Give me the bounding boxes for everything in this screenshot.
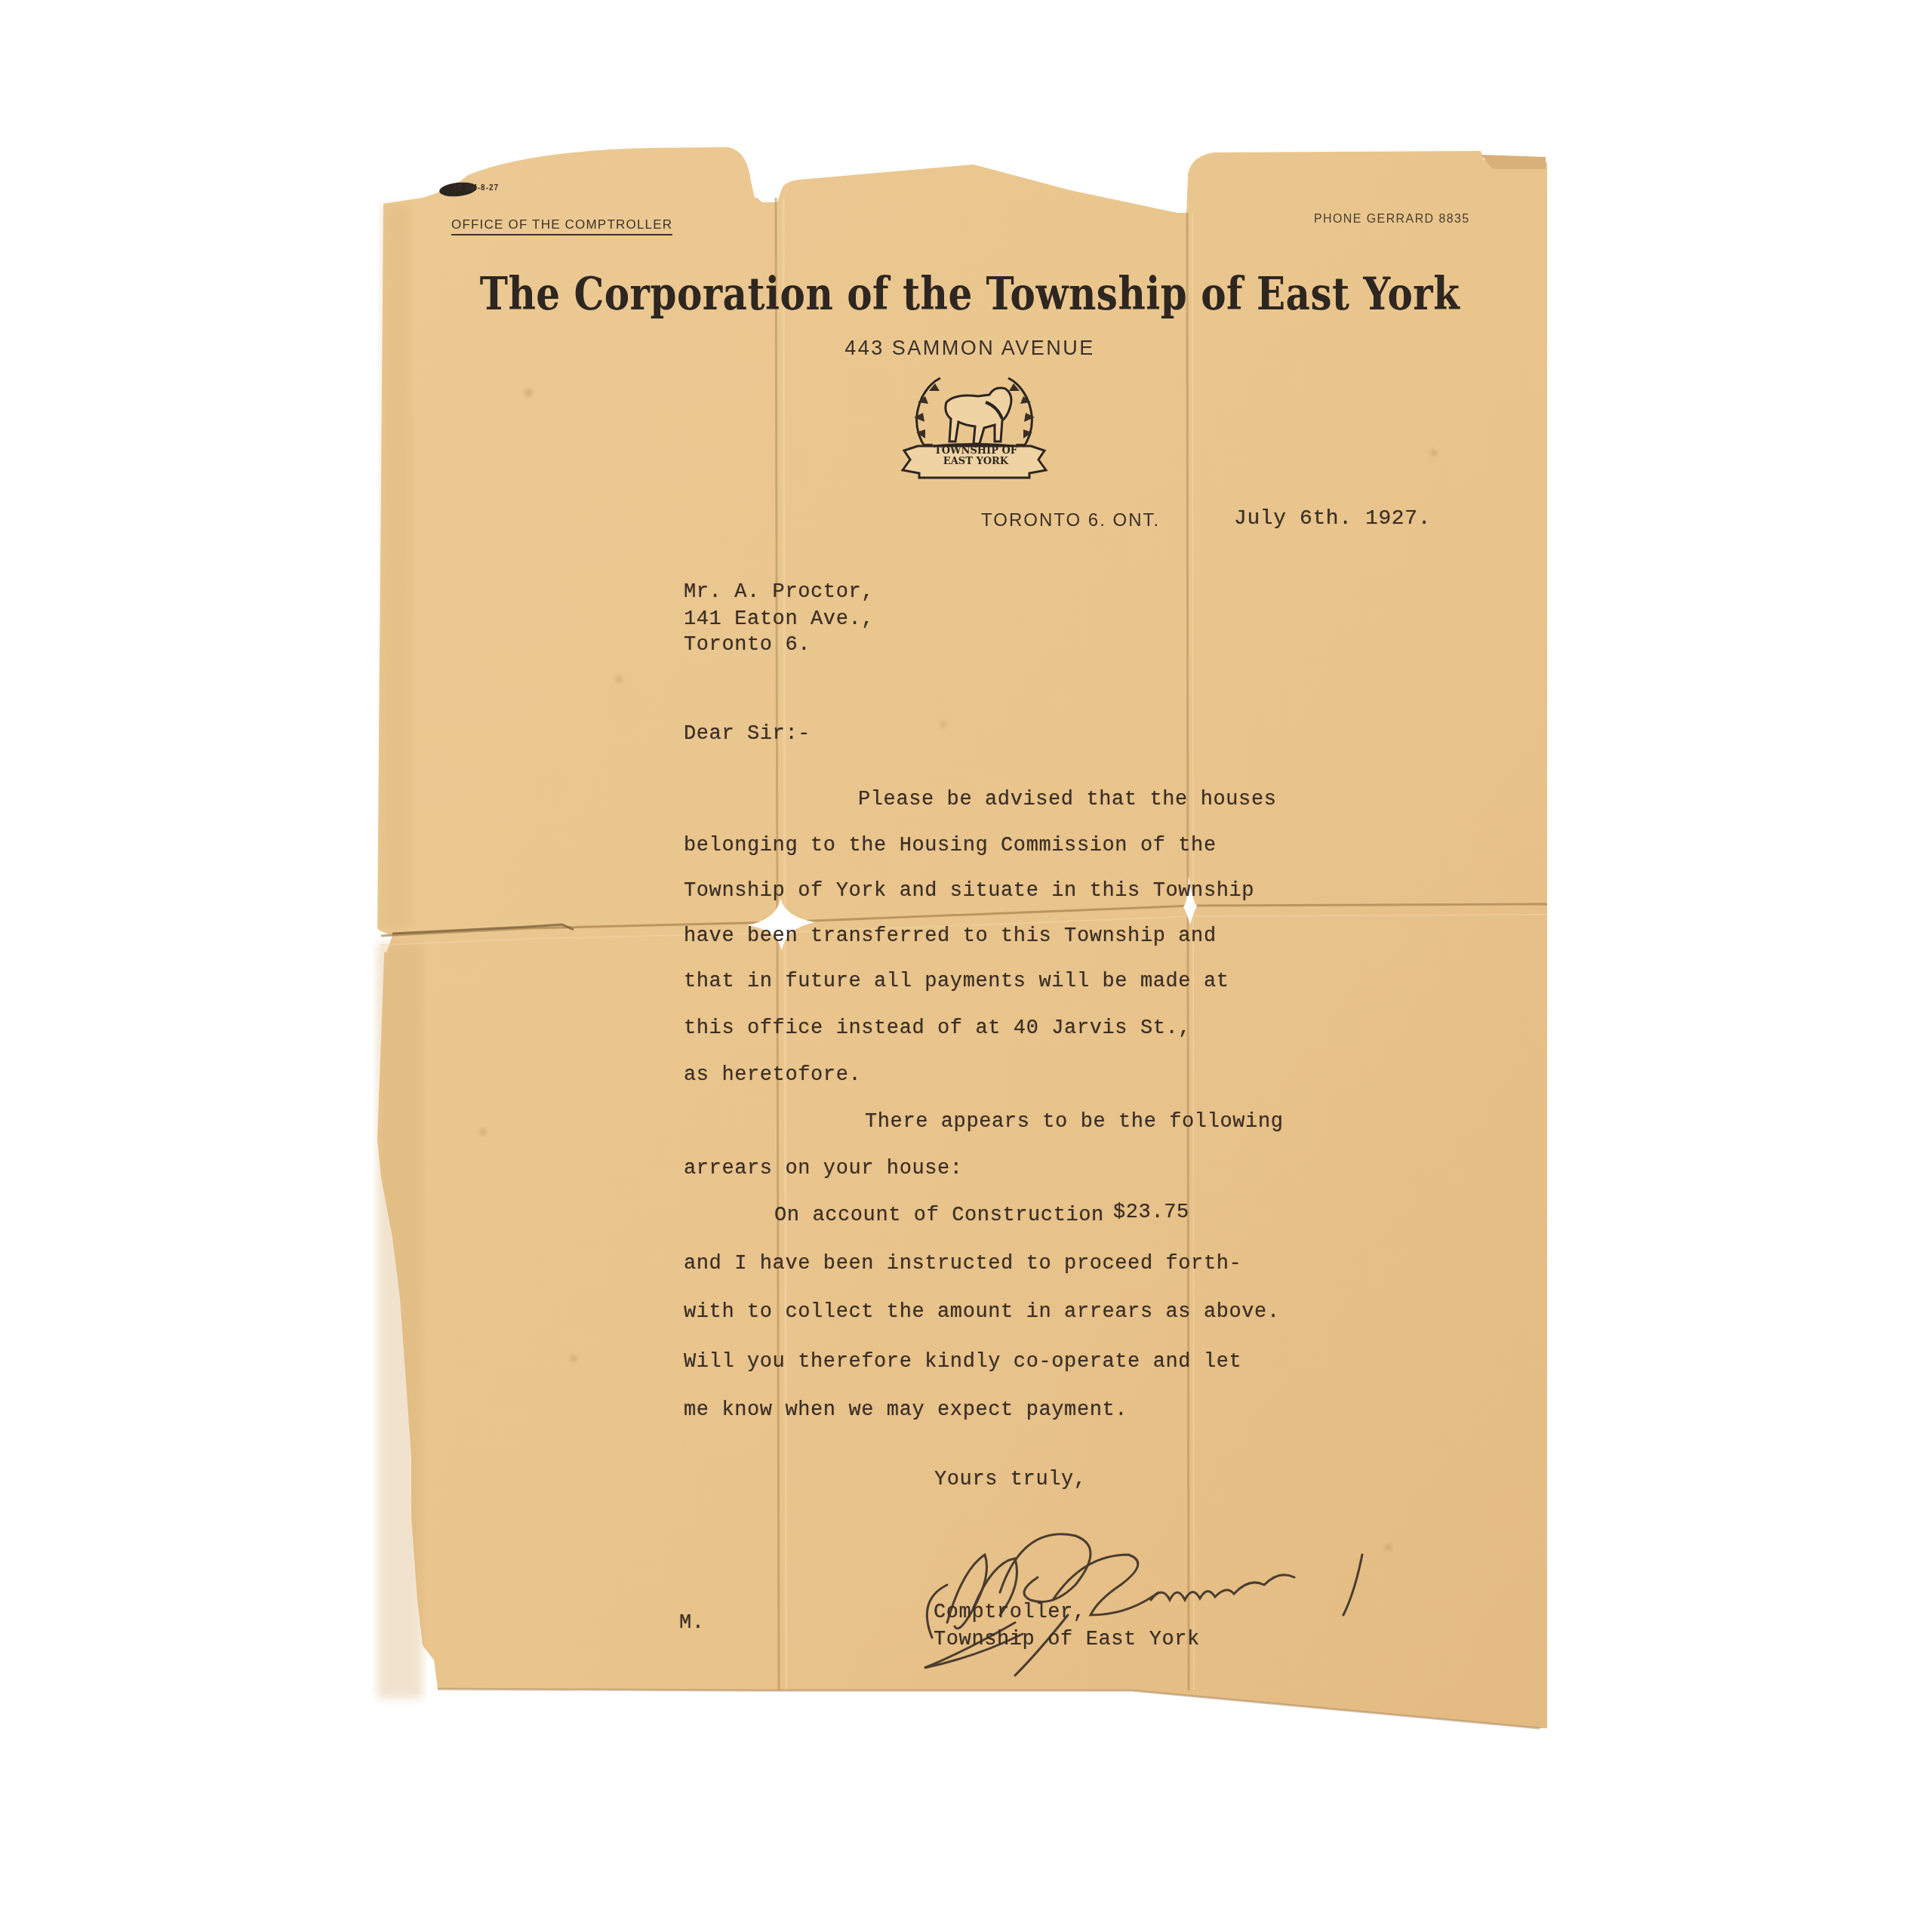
body-line: have been transferred to this Township a… [684, 925, 1217, 948]
body-line: Will you therefore kindly co-operate and… [684, 1351, 1241, 1374]
letter-date: July 6th. 1927. [1234, 507, 1431, 531]
recipient-name: Mr. A. Proctor, [684, 581, 874, 604]
arrears-label: On account of Construction [774, 1204, 1104, 1227]
salutation: Dear Sir:- [684, 723, 811, 746]
recipient-street: 141 Eaton Ave., [684, 608, 874, 631]
closing: Yours truly, [934, 1469, 1087, 1491]
body-line: as heretofore. [684, 1064, 861, 1087]
body-line: belonging to the Housing Commission of t… [684, 835, 1217, 857]
body-line: me know when we may expect payment. [684, 1399, 1128, 1422]
body-line: Township of York and situate in this Tow… [684, 880, 1254, 903]
signatory-organization: Township of East York [934, 1629, 1200, 1651]
letter-body: July 6th. 1927. Mr. A. Proctor, 141 Eato… [0, 0, 1932, 1932]
arrears-amount: $23.75 [1113, 1201, 1189, 1224]
signatory-title: Comptroller, [934, 1601, 1086, 1624]
body-line: There appears to be the following [865, 1111, 1284, 1134]
body-line: and I have been instructed to proceed fo… [684, 1253, 1241, 1275]
body-line: this office instead of at 40 Jarvis St., [684, 1017, 1191, 1040]
body-line: arrears on your house: [684, 1158, 963, 1180]
recipient-city: Toronto 6. [684, 634, 811, 657]
typist-initial: M. [679, 1612, 705, 1635]
body-line: with to collect the amount in arrears as… [684, 1301, 1280, 1324]
body-line: that in future all payments will be made… [684, 971, 1229, 993]
body-line: Please be advised that the houses [858, 789, 1277, 811]
handwritten-signature-icon [902, 1502, 1460, 1690]
